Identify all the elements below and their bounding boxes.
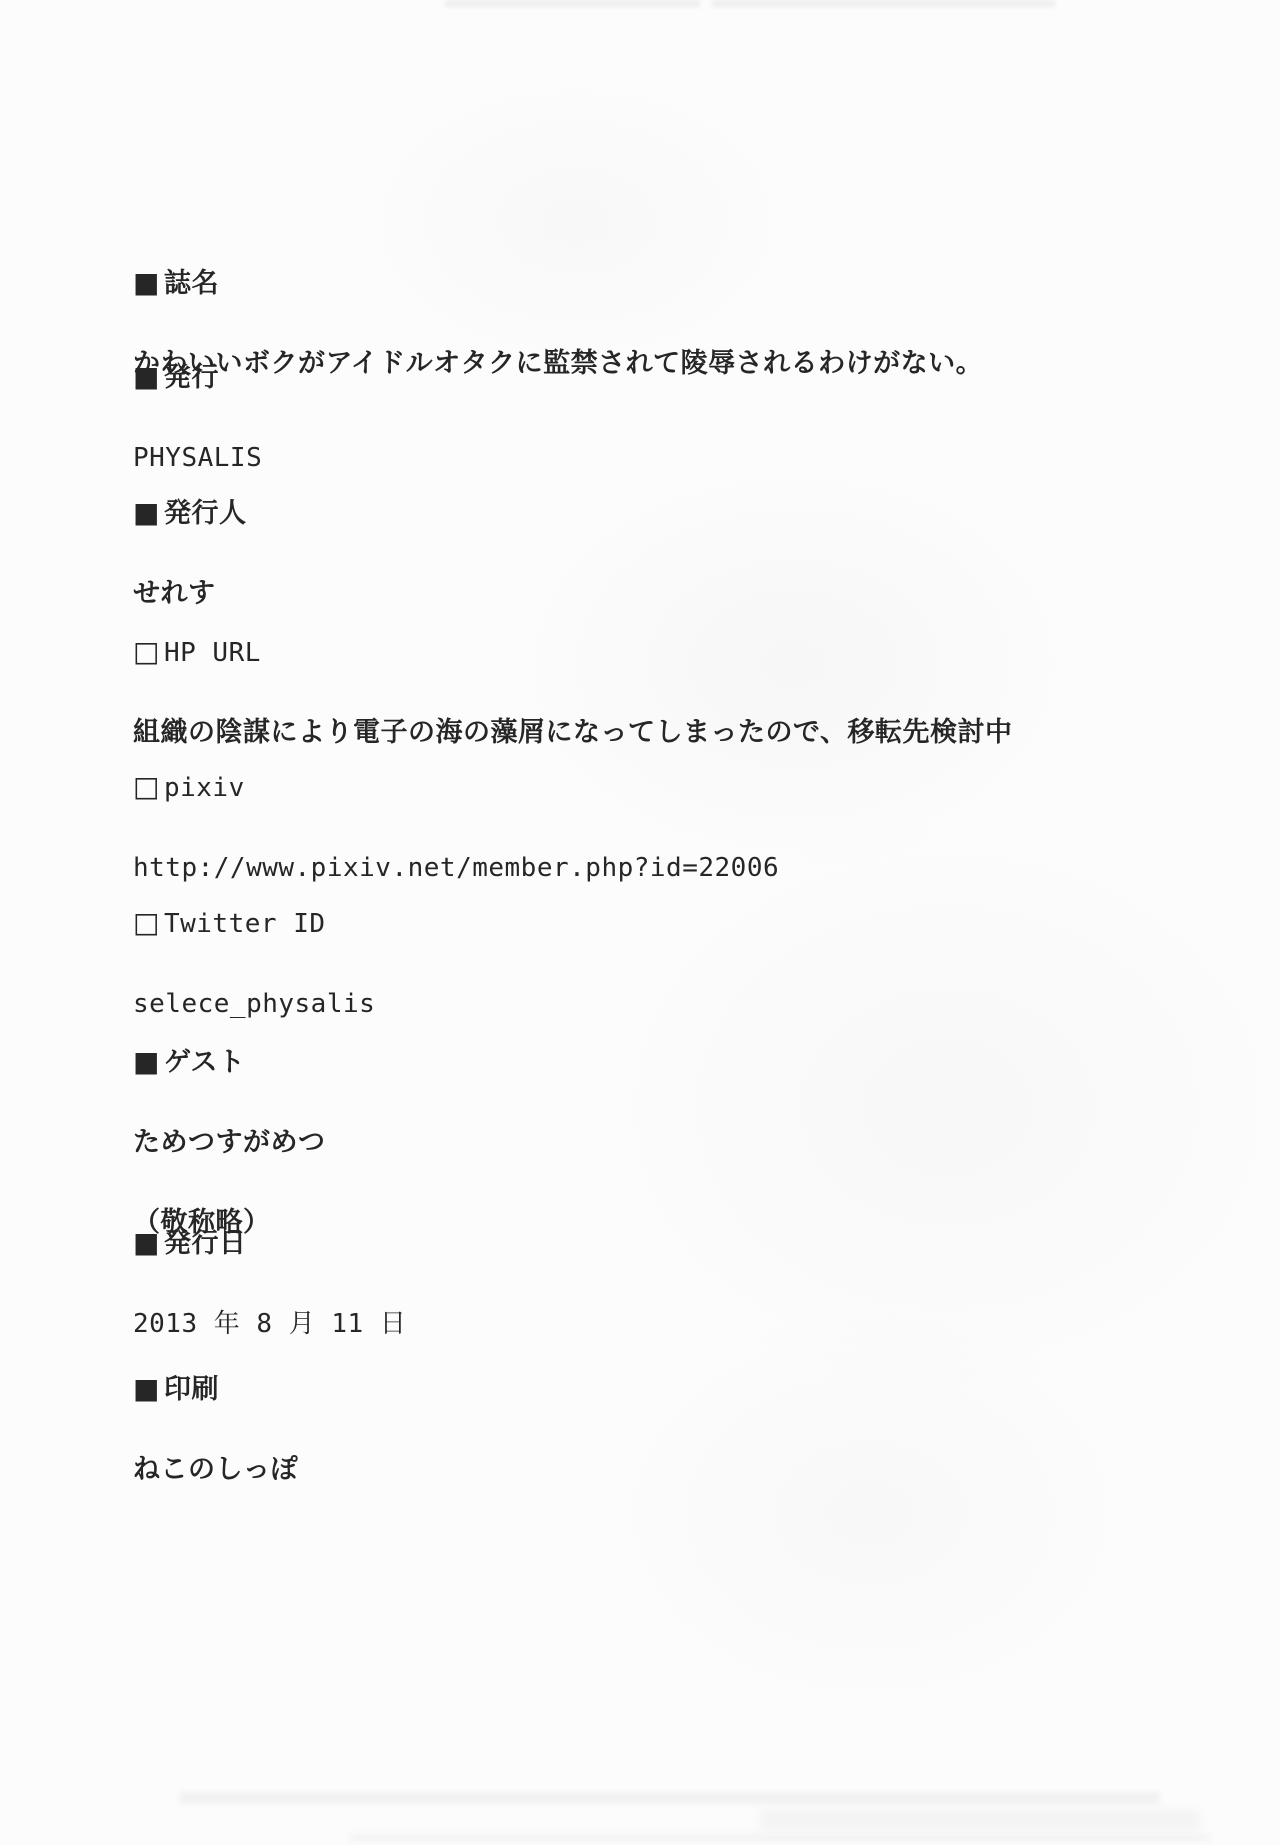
section-label: HP URL	[164, 632, 261, 674]
open-square-marker: □	[133, 909, 160, 937]
section-label: pixiv	[164, 767, 245, 809]
guest-name-text: ためつすがめつ	[133, 1122, 326, 1164]
scan-artifact	[760, 1810, 1200, 1830]
scan-artifact	[712, 0, 1055, 7]
section-heading: ■発行人	[133, 493, 246, 535]
section-label: 誌名	[164, 263, 219, 305]
section-heading: □HP URL	[133, 632, 1012, 674]
section-label: 発行人	[164, 493, 247, 535]
section-heading: ■発行	[133, 357, 262, 399]
section-label: 印刷	[164, 1369, 219, 1411]
section-label: 発行	[164, 357, 219, 399]
open-square-marker: □	[133, 773, 160, 801]
filled-square-marker: ■	[133, 499, 160, 527]
section-heading: ■印刷	[133, 1369, 298, 1411]
filled-square-marker: ■	[133, 1229, 160, 1257]
scan-artifact	[180, 1792, 1160, 1804]
section-heading: ■誌名	[133, 263, 983, 305]
section-label: 発行日	[164, 1223, 247, 1265]
scanned-colophon-page: ■誌名 かわいいボクがアイドルオタクに監禁されて陵辱されるわけがない。 ■発行 …	[0, 0, 1280, 1845]
section-heading: ■発行日	[133, 1223, 406, 1265]
filled-square-marker: ■	[133, 1375, 160, 1403]
printing-company-text: ねこのしっぽ	[133, 1449, 298, 1491]
section-printing: ■印刷 ねこのしっぽ	[133, 1331, 298, 1529]
filled-square-marker: ■	[133, 269, 160, 297]
section-label: Twitter ID	[164, 903, 326, 945]
section-heading: □Twitter ID	[133, 903, 375, 945]
section-heading: □pixiv	[133, 767, 779, 809]
section-heading: ■ゲスト	[133, 1042, 326, 1084]
scan-artifact	[445, 0, 700, 7]
filled-square-marker: ■	[133, 1048, 160, 1076]
scan-artifact	[350, 1833, 1210, 1843]
open-square-marker: □	[133, 638, 160, 666]
filled-square-marker: ■	[133, 363, 160, 391]
section-label: ゲスト	[164, 1042, 245, 1084]
